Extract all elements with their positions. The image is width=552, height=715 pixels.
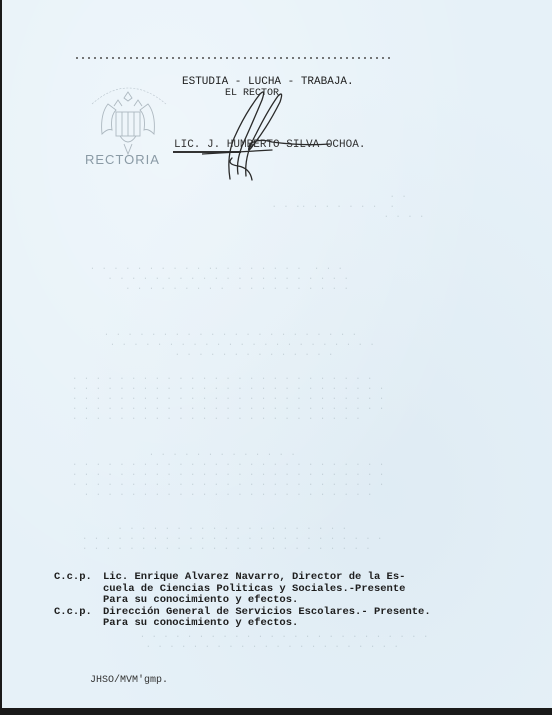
cc-prefix: C.c.p. xyxy=(54,607,103,630)
cc-line: Para su conocimiento y efectos. xyxy=(103,618,431,630)
bleed-through-text: . . . . . . . . . . . . . . . . . . . . … xyxy=(92,328,375,358)
cc-line: Para su conocimiento y efectos. xyxy=(103,595,405,607)
seal-label: RECTORIA xyxy=(85,152,160,167)
bleed-through-text: . . . . . . . . . . . . . . . . . . . . … xyxy=(82,522,383,552)
bleed-through-text: . . . . . . . . . . . . . . . . . . . . … xyxy=(122,630,429,650)
reference-initials: JHSO/MVM'gmp. xyxy=(90,675,168,686)
cc-line: Lic. Enrique Alvarez Navarro, Director d… xyxy=(103,572,405,584)
bleed-through-text: . . . . . . . . . . . . . . . . . . . . … xyxy=(72,372,385,422)
cc-prefix: C.c.p. xyxy=(54,572,103,607)
bleed-through-text: . . . . . . . . . . . . . . . . . . . . … xyxy=(72,448,385,498)
signature-icon xyxy=(202,84,332,184)
document-page: . . . . .. . . . . . . . . . . . . . . .… xyxy=(2,0,552,708)
bleed-through-text: . . . . . . . . . . .. . . . . . . . . .… xyxy=(72,262,349,292)
dotted-separator xyxy=(74,57,394,59)
cc-entry: C.c.p. Lic. Enrique Alvarez Navarro, Dir… xyxy=(54,572,431,607)
cc-entry: C.c.p. Dirección General de Servicios Es… xyxy=(54,607,431,630)
carbon-copy-list: C.c.p. Lic. Enrique Alvarez Navarro, Dir… xyxy=(54,572,431,630)
bleed-through-text: . . . . .. . . . . . . . . . . . xyxy=(242,190,425,220)
